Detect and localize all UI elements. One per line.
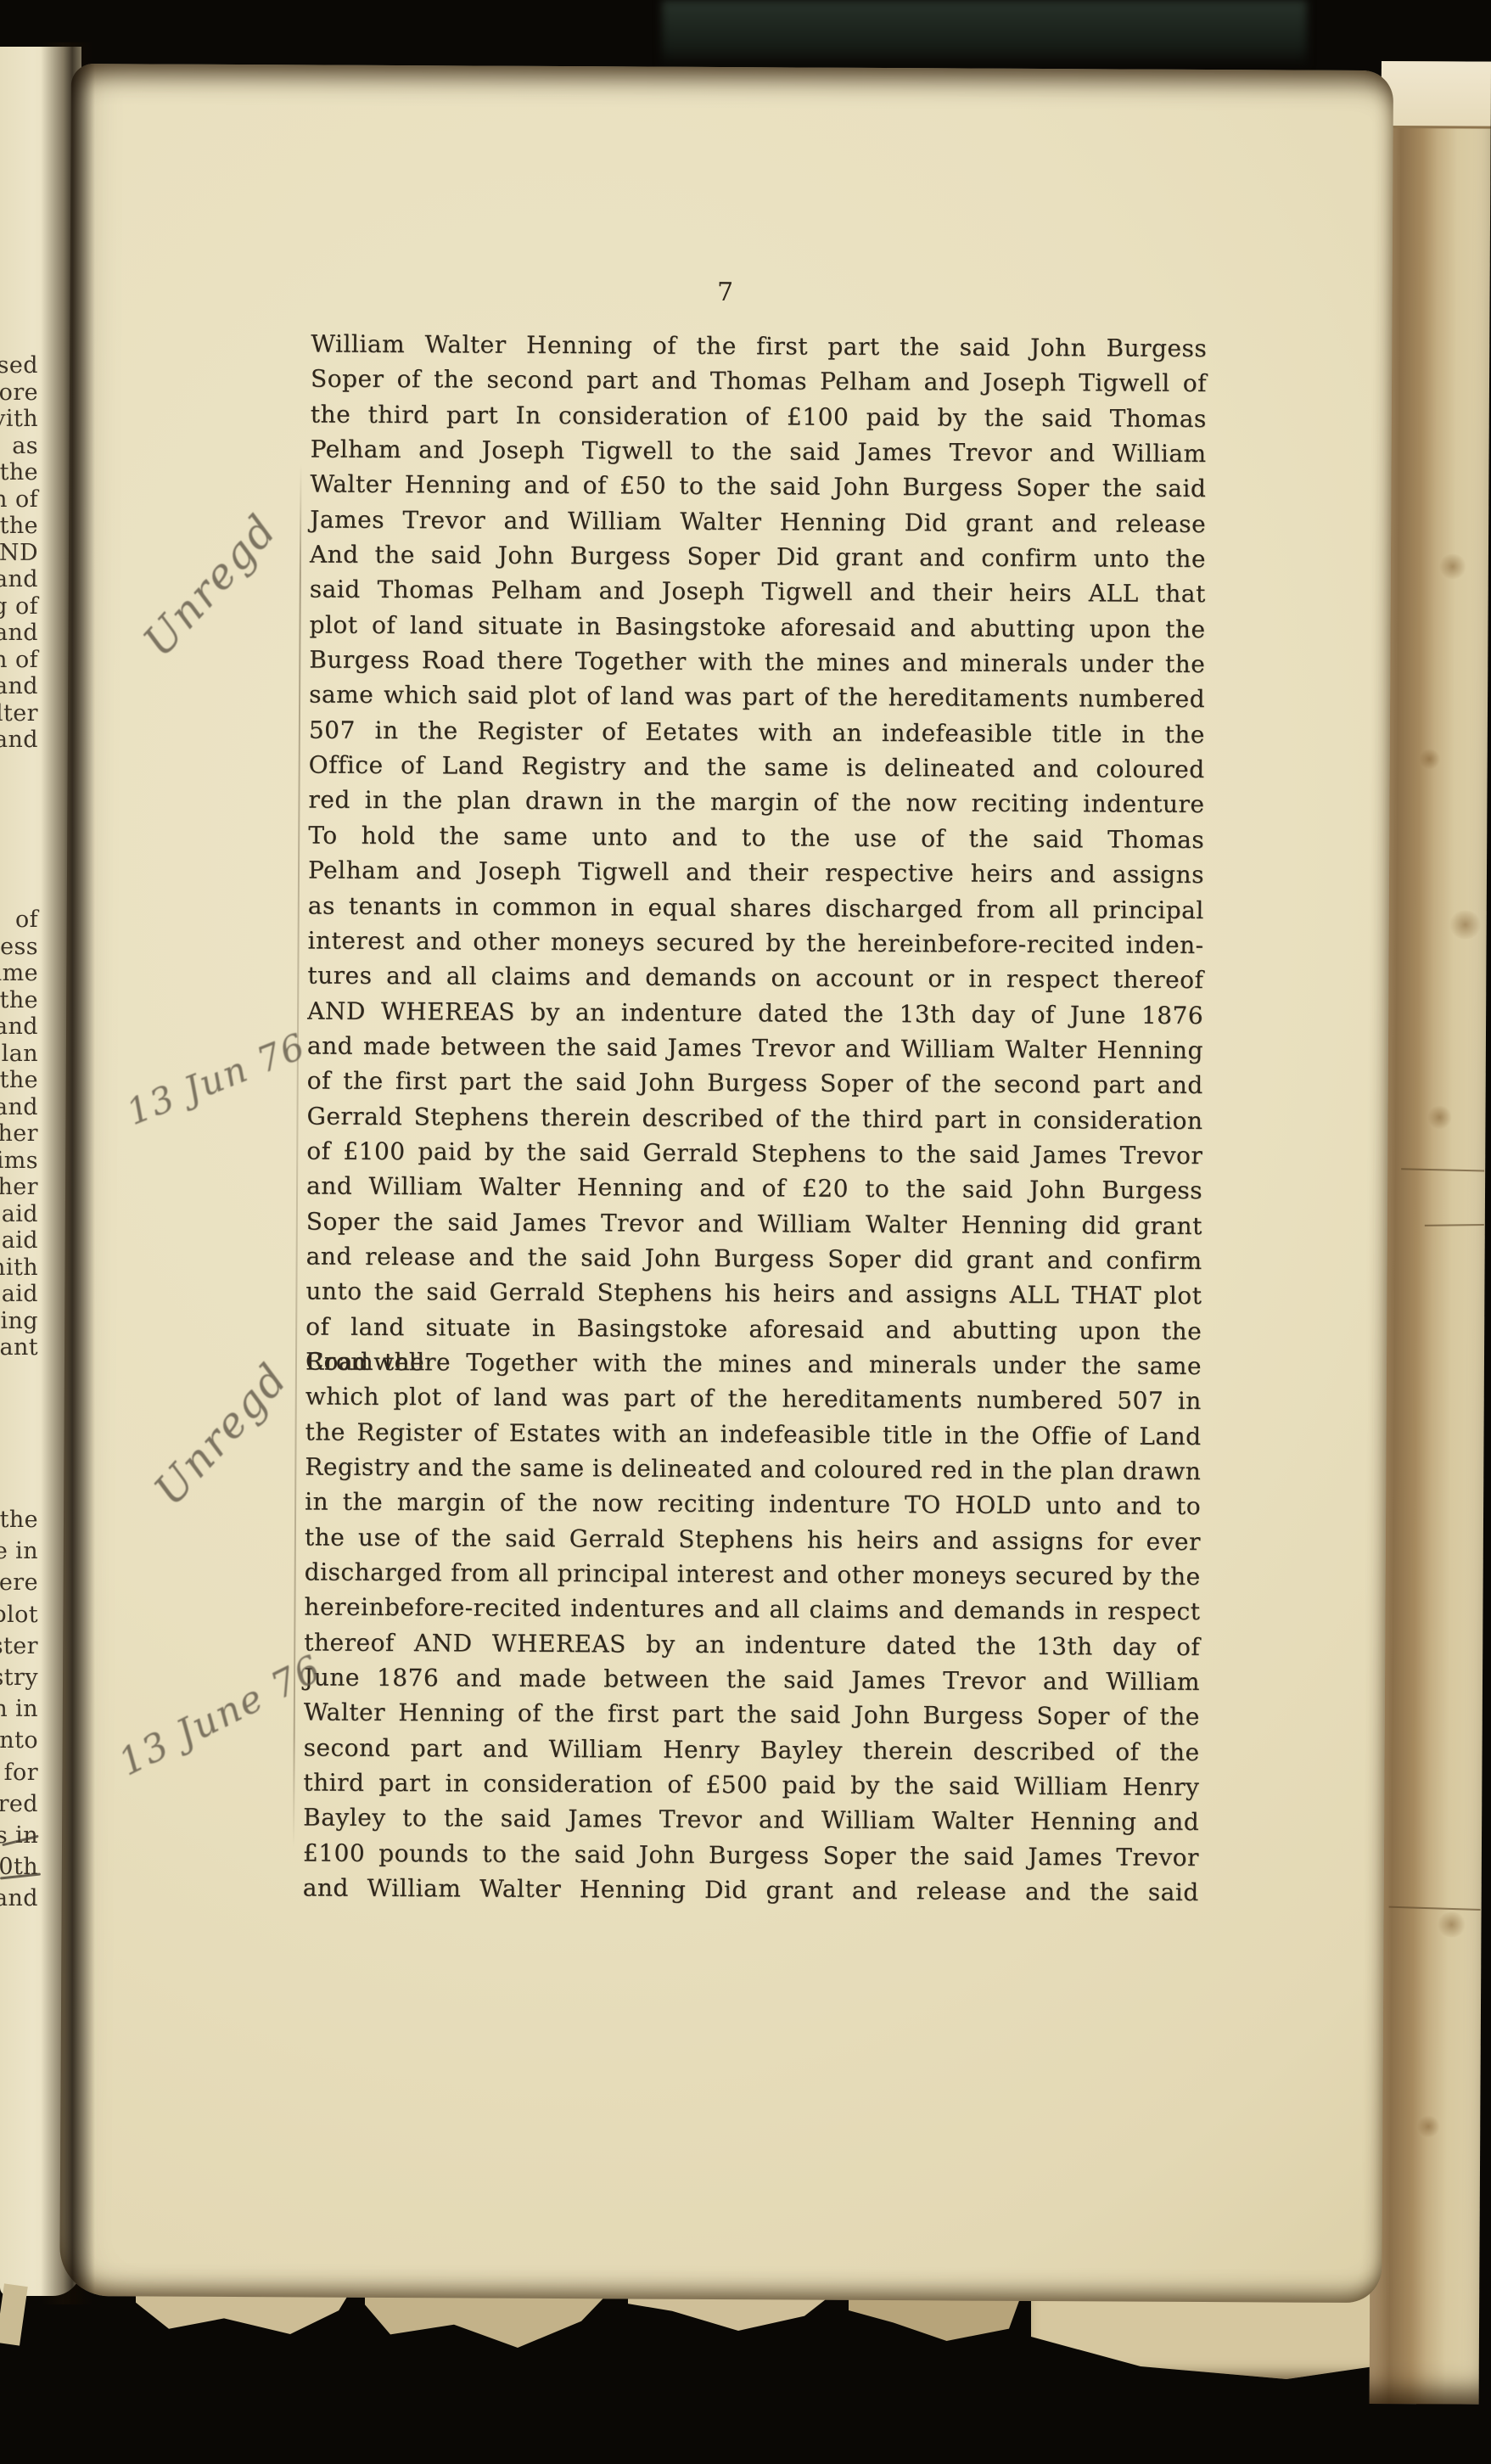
text-fragment: n in — [0, 1693, 38, 1725]
torn-paper-edge — [0, 2283, 28, 2345]
body-text-line: of £100 paid by the said Gerrald Stephen… — [306, 1133, 1202, 1173]
body-text-line: hereinbefore-recited indentures and all … — [304, 1590, 1200, 1630]
body-text-line: as tenants in common in equal shares dis… — [308, 888, 1204, 928]
body-text-line: same which said plot of land was part of… — [309, 677, 1205, 717]
text-fragment: ame — [0, 960, 38, 987]
body-text-line: the use of the said Gerrald Stephens his… — [305, 1519, 1201, 1559]
body-text-line: interest and other moneys secured by the… — [307, 923, 1203, 963]
body-text-line: thereof AND WHEREAS by an indenture date… — [304, 1625, 1200, 1664]
text-fragment: and — [0, 566, 38, 593]
text-fragment: ther — [0, 1174, 38, 1201]
binding-shadow-top — [662, 0, 1307, 66]
body-text-line: and release and the said John Burgess So… — [306, 1238, 1202, 1278]
text-fragment: said — [0, 1201, 38, 1228]
body-text-line: of land situate in Basingstoke aforesaid… — [305, 1309, 1202, 1349]
paper-crack — [1389, 1906, 1481, 1911]
body-text-line: and William Walter Henning and of £20 to… — [306, 1169, 1202, 1209]
body-text-line: Registry and the same is delineated and … — [305, 1449, 1201, 1489]
paper-stain — [1419, 749, 1441, 769]
page-number: 7 — [310, 275, 1141, 309]
text-fragment: e in — [0, 1535, 38, 1567]
facing-page-text-fragments: sedforevithasthen oftheNDandg ofandn ofa… — [0, 352, 38, 754]
body-text-line: Walter Henning and of £50 to the said Jo… — [310, 467, 1206, 507]
paper-stain — [1436, 1911, 1466, 1937]
text-fragment: n of — [0, 647, 38, 674]
document-page: 7 William Walter Henning of the first pa… — [59, 64, 1393, 2303]
text-fragment: rant — [0, 1334, 38, 1361]
text-fragment: the — [0, 459, 38, 486]
margin-annotation-unregistered-2: Unregd — [144, 1354, 297, 1515]
body-text-line: which plot of land was part of the hered… — [305, 1379, 1202, 1419]
body-text-line: plot of land situate in Basingstoke afor… — [309, 607, 1205, 647]
body-text-line: Office of Land Registry and the same is … — [309, 748, 1205, 788]
body-text-line: Burgess Road there Together with the min… — [309, 643, 1205, 682]
text-fragment: and — [0, 620, 38, 647]
text-fragment: ured — [0, 1788, 38, 1820]
text-fragment: ND — [0, 540, 38, 567]
text-fragment: n of — [0, 486, 38, 514]
paper-stain — [1438, 553, 1467, 579]
text-fragment: fore — [0, 379, 38, 407]
text-fragment: and — [0, 1883, 38, 1914]
facing-page-text-fragments: thee inhereplotisteristryn inuntos forur… — [0, 1504, 38, 1915]
text-fragment: and — [0, 1094, 38, 1121]
text-fragment: gess — [0, 934, 38, 961]
body-text-line: James Trevor and William Walter Henning … — [310, 502, 1206, 542]
body-text-line: And the said John Burgess Soper Did gran… — [310, 537, 1206, 577]
body-text-line: and William Walter Henning Did grant and… — [303, 1871, 1199, 1911]
paper-stain — [1427, 1105, 1452, 1129]
text-fragment: lter — [0, 700, 38, 727]
paper-stain — [1449, 910, 1483, 939]
margin-annotation-unregistered-1: Unregd — [134, 505, 287, 666]
body-text-line: of the first part the said John Burgess … — [307, 1064, 1203, 1103]
text-fragment: vith — [0, 406, 38, 433]
body-text-line: discharged from all principal interest a… — [305, 1554, 1201, 1594]
text-fragment: ims — [0, 1148, 38, 1175]
paper-stain — [1416, 2115, 1440, 2137]
facing-page-text-fragments: ofgessametheandplantheandtherimsthersaid… — [0, 906, 38, 1361]
text-fragment: istry — [0, 1662, 38, 1693]
text-fragment: ister — [0, 1631, 38, 1662]
body-text-line: £100 pounds to the said John Burgess Sop… — [303, 1835, 1199, 1875]
text-fragment: the — [0, 1504, 38, 1535]
body-text-line: June 1876 and made between the said Jame… — [304, 1660, 1200, 1700]
body-text: William Walter Henning of the first part… — [303, 326, 1208, 1910]
body-text-line: To hold the same unto and to the use of … — [308, 817, 1204, 857]
body-text-line: 507 in the Register of Eetates with an i… — [309, 712, 1205, 752]
text-fragment: plot — [0, 1599, 38, 1631]
body-text-line: Pelham and Joseph Tigwell and their resp… — [308, 853, 1204, 893]
text-fragment: ning — [0, 1308, 38, 1335]
body-text-line: Gerrald Stephens therein described of th… — [306, 1098, 1202, 1138]
body-text-line: and made between the said James Trevor a… — [307, 1028, 1203, 1068]
text-fragment: sed — [0, 352, 38, 379]
body-text-line: second part and William Henry Bayley the… — [304, 1730, 1200, 1770]
paper-crack — [1401, 1168, 1484, 1171]
body-text-line: Road there Together with the mines and m… — [305, 1344, 1202, 1384]
text-fragment: and — [0, 727, 38, 754]
text-fragment: here — [0, 1567, 38, 1598]
body-text-line: Pelham and Joseph Tigwell to the said Ja… — [311, 432, 1207, 472]
body-text-line: AND WHEREAS by an indenture dated the 13… — [307, 993, 1203, 1033]
text-fragment: plan — [0, 1041, 38, 1068]
text-fragment: unto — [0, 1725, 38, 1756]
text-fragment: s for — [0, 1757, 38, 1788]
body-text-line: Soper the said James Trevor and William … — [306, 1204, 1202, 1243]
body-text-line: Bayley to the said James Trevor and Will… — [303, 1800, 1199, 1840]
text-fragment: and — [0, 673, 38, 700]
body-text-line: red in the plan drawn in the margin of t… — [308, 783, 1204, 822]
body-text-line: tures and all claims and demands on acco… — [307, 958, 1203, 998]
body-text-line: William Walter Henning of the first part… — [311, 326, 1207, 366]
body-text-line: the third part In consideration of £100 … — [311, 396, 1207, 436]
body-text-line: the Register of Estates with an indefeas… — [305, 1414, 1201, 1454]
body-text-line: in the margin of the now reciting indent… — [305, 1485, 1201, 1524]
text-fragment: said — [0, 1281, 38, 1308]
text-fragment: ther — [0, 1120, 38, 1148]
margin-annotation-date-2: 13 June 76 — [112, 1647, 328, 1785]
margin-annotation-date-1: 13 Jun 76 — [121, 1025, 312, 1134]
body-text-line: Soper of the second part and Thomas Pelh… — [311, 362, 1207, 401]
body-text-line: third part in consideration of £500 paid… — [303, 1765, 1199, 1805]
page-stack-top-edge — [1382, 61, 1491, 129]
text-fragment: g of — [0, 593, 38, 620]
paper-crack — [1425, 1224, 1484, 1226]
text-fragment: the — [0, 987, 38, 1014]
text-fragment: as — [0, 433, 38, 460]
body-text-line: Walter Henning of the first part the sai… — [304, 1695, 1200, 1735]
text-fragment: the — [0, 1067, 38, 1094]
text-fragment: of — [0, 906, 38, 934]
text-fragment: the — [0, 513, 38, 540]
page-crease — [293, 463, 302, 1847]
text-fragment: mith — [0, 1254, 38, 1282]
body-text-line: said Thomas Pelham and Joseph Tigwell an… — [310, 572, 1206, 612]
text-fragment: said — [0, 1227, 38, 1254]
body-text-line: unto the said Gerrald Stephens his heirs… — [305, 1274, 1202, 1314]
text-fragment: and — [0, 1013, 38, 1041]
book-photograph: sedforevithasthen oftheNDandg ofandn ofa… — [0, 0, 1491, 2464]
